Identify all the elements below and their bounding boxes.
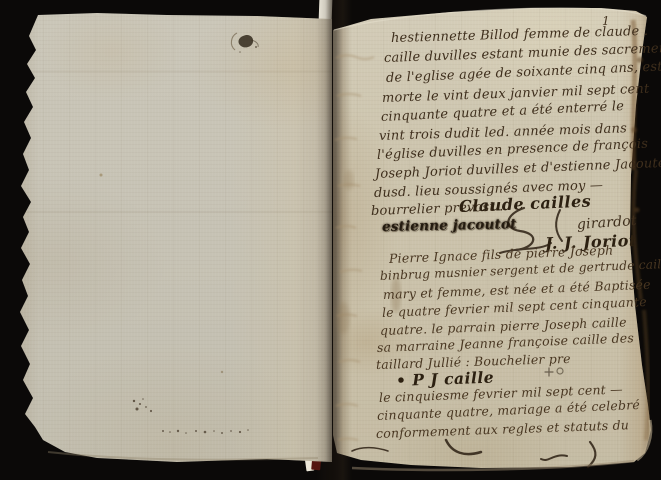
handwriting-layer: 1 hestiennette Billod femme de claude . …	[0, 0, 661, 480]
signature-claude-caille: Claude cailles	[459, 191, 592, 216]
signature-estienne-jacoutot: estienne jacoutot	[382, 216, 517, 235]
scanned-book-spread: 1 hestiennette Billod femme de claude . …	[0, 0, 661, 480]
signature-girardot: girardot	[576, 213, 637, 233]
